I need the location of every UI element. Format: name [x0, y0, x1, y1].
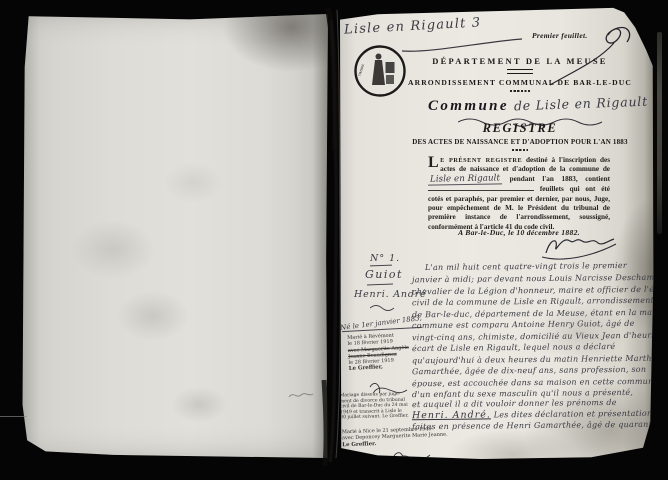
pencil-scribble-icon [287, 388, 317, 402]
act-text-line: faites en présence de Henri Gamarthée, â… [412, 420, 657, 433]
page-fore-edge [657, 32, 662, 234]
act-text-segment: Les dites déclaration et présentation [494, 409, 653, 420]
act-text-line: Gamarthée, âgée de dix-neuf ans, sans pr… [412, 365, 646, 377]
preamble-commune-fill: Lisle en Rigault [428, 174, 502, 185]
act-text-line: vingt-cinq ans, chimiste, domicilié au V… [412, 331, 656, 344]
act-text-line: commune est comparu Antoine Henry Guiot,… [412, 319, 635, 331]
act-text-line: et auquel il a dit vouloir donner les pr… [412, 398, 617, 410]
margin-squiggle-icon [370, 304, 396, 311]
judge-signature-icon [538, 229, 618, 265]
child-name-emphasis: Henri. André. [412, 409, 491, 421]
act-text-line: civil de la commune de Lisle en Rigault,… [412, 296, 654, 309]
heading-rule [507, 69, 533, 74]
preamble-body3: feuillets qui ont été cotés et paraphés,… [428, 185, 610, 230]
timbre-stamp-seal-icon: TIMBRE [352, 43, 408, 99]
register-book-scan: Lisle en Rigault 3 Premier feuillet. TIM… [0, 0, 668, 480]
act-surname: Guiot [365, 268, 403, 281]
arrondissement-heading: ARRONDISSEMENT COMMUNAL DE BAR-LE-DUC [385, 78, 655, 87]
commune-top-annotation: Lisle en Rigault 3 [344, 16, 482, 36]
department-heading: DÉPARTEMENT DE LA MEUSE [400, 56, 640, 66]
left-blank-page [21, 14, 328, 458]
registre-subtitle: DES ACTES DE NAISSANCE ET D'ADOPTION POU… [380, 138, 660, 146]
margin-rule [370, 265, 392, 267]
commune-handwritten-fill: de Lisle en Rigault [514, 96, 648, 113]
registre-title: REGISTRE [400, 121, 640, 136]
blank-fill-line [428, 184, 534, 191]
margin-rule [367, 284, 393, 286]
greffier-signature-icon [368, 377, 410, 393]
preamble-body2: pendant l'an 1883, contient [502, 175, 610, 183]
commune-line: Commune de Lisle en Rigault [428, 95, 648, 115]
act-number: N° 1. [370, 253, 400, 264]
preamble-lead: E PRÉSENT REGISTRE [440, 157, 522, 164]
scan-crease-line [0, 416, 27, 417]
annotation-underline-flourish-icon [402, 37, 524, 55]
commune-label: Commune [428, 98, 509, 114]
dropcap-L: L [428, 156, 439, 169]
act-text-line: L'an mil huit cent quatre-vingt trois le… [425, 261, 627, 273]
right-register-page: Lisle en Rigault 3 Premier feuillet. TIM… [340, 7, 654, 459]
preamble-paragraph: LE PRÉSENT REGISTRE destiné à l'inscript… [428, 156, 610, 232]
ornament-divider [512, 149, 528, 151]
act-text-line: janvier à midi; par devant nous Louis Na… [412, 273, 667, 286]
act-text-line: écart de Lisle en Rigault, lequel nous a… [412, 342, 615, 354]
greffier-signature-icon [392, 447, 432, 461]
ornament-divider [510, 90, 530, 92]
